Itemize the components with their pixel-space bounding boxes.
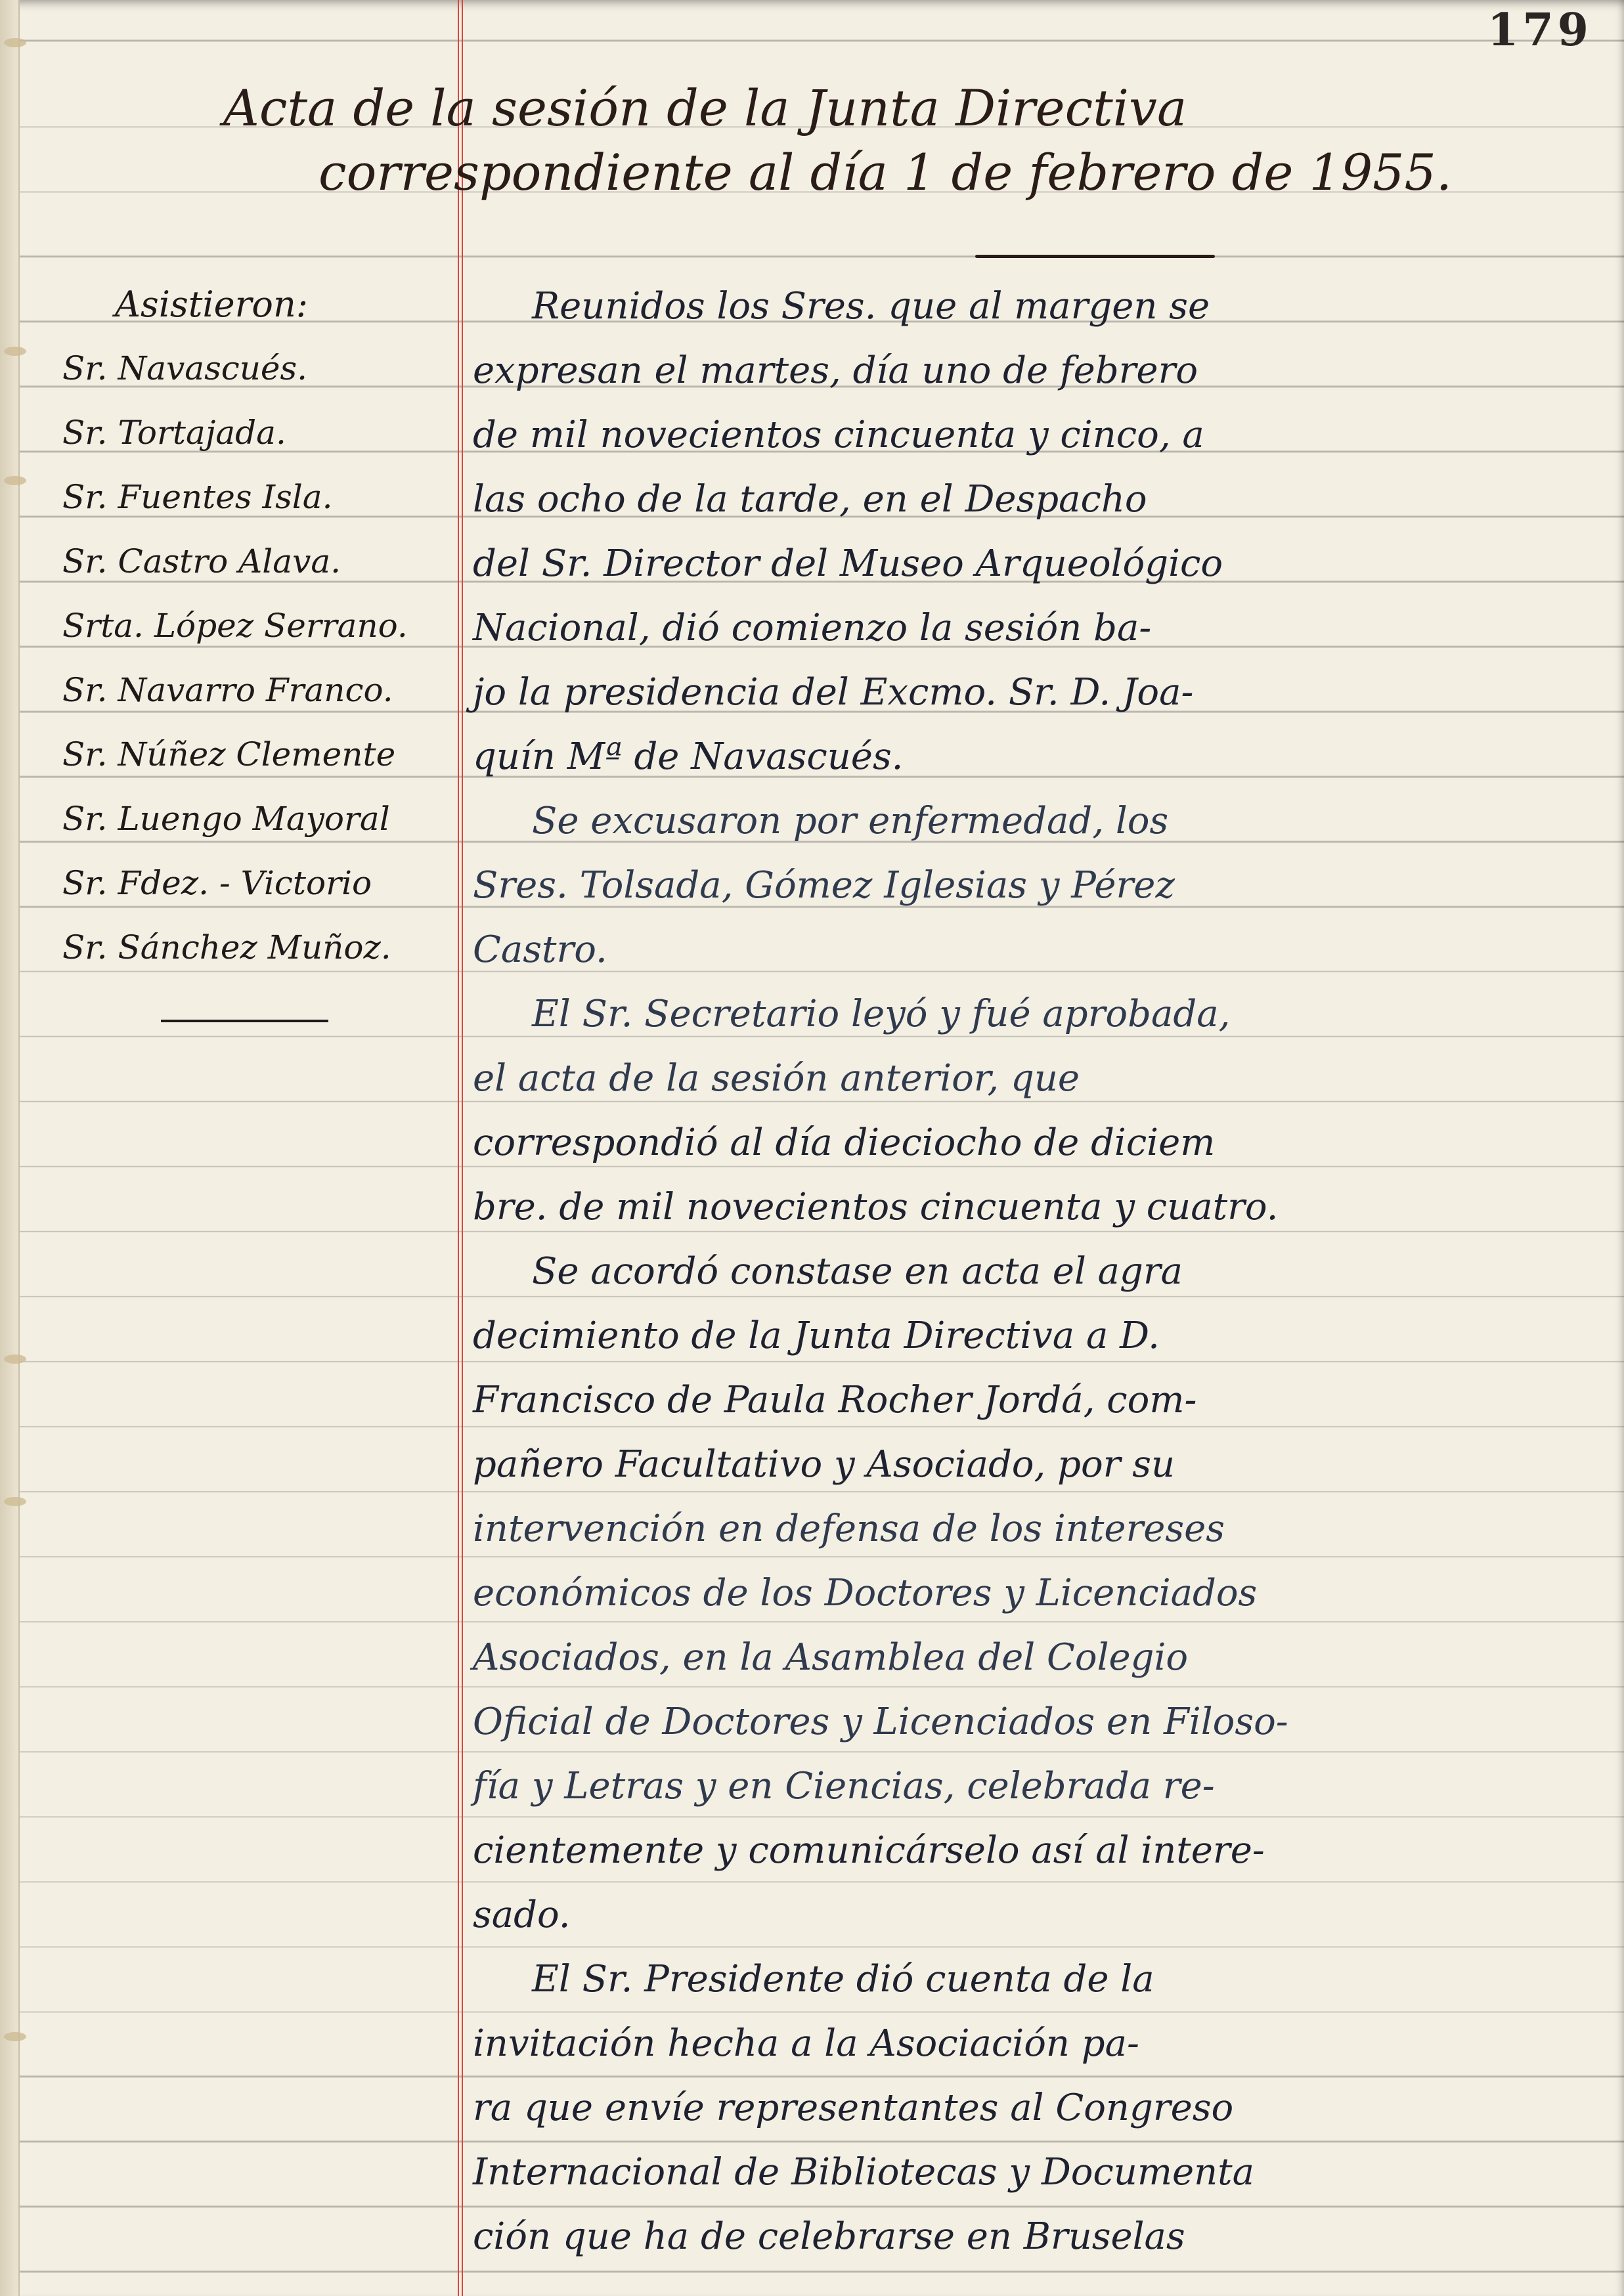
body-line: El Sr. Presidente dió cuenta de la [473,1947,1615,2012]
body-line: Reunidos los Sres. que al margen se [473,274,1615,339]
body-line: cientemente y comunicárselo así al inter… [473,1819,1615,1883]
body-line: ra que envíe representantes al Congreso [473,2076,1615,2140]
ledger-page: 179 Acta de la sesión de la Junta Direct… [0,0,1624,2296]
body-line: el acta de la sesión anterior, que [473,1047,1615,1111]
body-line: Internacional de Bibliotecas y Documenta [473,2140,1615,2205]
body-line: Castro. [473,918,1615,982]
attendee-item: Sr. Núñez Clemente [62,722,408,787]
binding-stitch [4,1497,26,1506]
margin-line-red [458,0,459,2296]
body-line: las ocho de la tarde, en el Despacho [473,467,1615,532]
body-line: El Sr. Secretario leyó y fué aprobada, [473,982,1615,1047]
document-title-line-2: correspondiente al día 1 de febrero de 1… [318,143,1452,202]
body-line: decimiento de la Junta Directiva a D. [473,1304,1615,1368]
margin-line-red [462,0,463,2296]
binding-stitch [4,476,26,485]
attendees-heading: Asistieron: [115,284,308,325]
body-line: pañero Facultativo y Asociado, por su [473,1433,1615,1497]
body-line: jo la presidencia del Excmo. Sr. D. Joa- [473,661,1615,725]
attendee-item: Sr. Luengo Mayoral [62,787,408,851]
body-line: Oficial de Doctores y Licenciados en Fil… [473,1690,1615,1754]
attendee-item: Sr. Fdez. - Victorio [62,851,408,915]
attendee-item: Sr. Fuentes Isla. [62,465,408,529]
attendee-item: Sr. Sánchez Muñoz. [62,915,408,980]
attendee-item: Sr. Navascués. [62,336,408,401]
body-line: Se excusaron por enfermedad, los [473,789,1615,854]
minutes-body: Reunidos los Sres. que al margen se expr… [473,274,1615,2269]
binding-stitch [4,347,26,356]
page-number: 179 [1487,4,1592,56]
body-line: Sres. Tolsada, Gómez Iglesias y Pérez [473,854,1615,918]
body-line: invitación hecha a la Asociación pa- [473,2012,1615,2076]
page-binding [0,0,20,2296]
body-line: Francisco de Paula Rocher Jordá, com- [473,1368,1615,1433]
document-title-line-1: Acta de la sesión de la Junta Directiva [223,79,1187,137]
body-line: Se acordó constase en acta el agra [473,1240,1615,1304]
body-line: intervención en defensa de los intereses [473,1497,1615,1561]
body-line: correspondió al día dieciocho de diciem [473,1111,1615,1175]
body-line: ción que ha de celebrarse en Bruselas [473,2205,1615,2269]
body-line: quín Mª de Navascués. [473,725,1615,789]
attendee-item: Sr. Castro Alava. [62,529,408,594]
binding-stitch [4,1354,26,1364]
body-line: sado. [473,1883,1615,1947]
attendee-list-divider [161,1020,328,1022]
attendee-item: Sr. Tortajada. [62,401,408,465]
title-divider [975,255,1215,258]
binding-stitch [4,2032,26,2041]
body-line: del Sr. Director del Museo Arqueológico [473,532,1615,596]
body-line: expresan el martes, día uno de febrero [473,339,1615,403]
body-line: de mil novecientos cincuenta y cinco, a [473,403,1615,467]
body-line: fía y Letras y en Ciencias, celebrada re… [473,1754,1615,1819]
body-line: Nacional, dió comienzo la sesión ba- [473,596,1615,661]
binding-stitch [4,38,26,47]
attendee-list: Sr. Navascués. Sr. Tortajada. Sr. Fuente… [62,336,408,980]
body-line: económicos de los Doctores y Licenciados [473,1561,1615,1626]
attendee-item: Sr. Navarro Franco. [62,658,408,722]
body-line: bre. de mil novecientos cincuenta y cuat… [473,1175,1615,1240]
body-line: Asociados, en la Asamblea del Colegio [473,1626,1615,1690]
attendee-item: Srta. López Serrano. [62,594,408,658]
